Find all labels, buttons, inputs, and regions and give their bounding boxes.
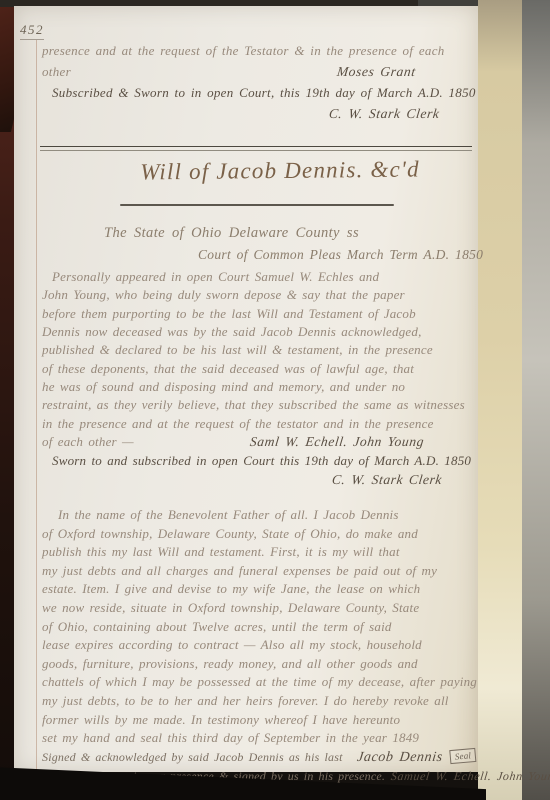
will-line: we now reside, situate in Oxford townshi…: [42, 599, 476, 618]
witness-signature: Moses Grant: [336, 61, 417, 82]
paper-sheet: 452 presence and at the request of the T…: [14, 6, 478, 772]
probate-line: Personally appeared in open Court Samuel…: [42, 268, 476, 286]
will-line: my just debts and all charges and funera…: [42, 562, 476, 581]
section-divider-rule: [40, 146, 472, 151]
witness-signatures: Saml W. Echell. John Young: [249, 433, 425, 451]
will-line: In the name of the Benevolent Father of …: [42, 506, 476, 525]
attestation-clause-line: Signed & acknowledged by said Jacob Denn…: [42, 748, 343, 767]
scanned-record-book-photo: 452 presence and at the request of the T…: [0, 0, 550, 800]
probate-testimony-block: Personally appeared in open Court Samuel…: [42, 268, 476, 489]
page-stack-edge: [478, 0, 522, 800]
probate-line: he was of sound and disposing mind and m…: [42, 378, 476, 396]
sworn-in-court-line: Sworn to and subscribed in open Court th…: [42, 452, 476, 470]
clerk-signature: C. W. Stark Clerk: [41, 471, 477, 489]
page-number: 452: [20, 22, 44, 40]
venue-heading: The State of Ohio Delaware County ss: [104, 225, 359, 242]
probate-line: John Young, who being duly sworn depose …: [42, 286, 476, 304]
will-text-block: In the name of the Benevolent Father of …: [42, 506, 476, 786]
will-line: publish this my last Will and testament.…: [42, 543, 476, 562]
probate-line: published & declared to be his last will…: [42, 341, 476, 359]
clerk-signature: C. W. Stark Clerk: [328, 103, 441, 124]
will-line: my just debts, to be to her and her heir…: [42, 692, 476, 711]
margin-rule-line: [36, 40, 37, 772]
probate-line: of these deponents, that the said deceas…: [42, 360, 476, 378]
will-line: of Oxford township, Delaware County, Sta…: [42, 525, 476, 544]
prior-attestation-block: presence and at the request of the Testa…: [42, 40, 474, 124]
will-line: lease expires according to contract — Al…: [42, 636, 476, 655]
probate-line: before them purporting to be the last Wi…: [42, 305, 476, 323]
probate-line: restraint, as they verily believe, that …: [42, 396, 476, 414]
probate-line: Dennis now deceased was by the said Jaco…: [42, 323, 476, 341]
will-line: set my hand and seal this third day of S…: [42, 729, 476, 748]
witness-signatures: Samuel W. Echell. John Young: [390, 767, 550, 786]
will-line: of Ohio, containing about Twelve acres, …: [42, 618, 476, 637]
probate-line: of each other —: [42, 433, 134, 451]
will-line: former wills by me made. In testimony wh…: [42, 711, 476, 730]
will-line: chattels of which I may be possessed at …: [42, 673, 476, 692]
prior-attestation-line: presence and at the request of the Testa…: [42, 40, 474, 61]
seal-mark: Seal: [449, 748, 476, 764]
title-underline: [120, 204, 394, 206]
prior-attestation-line: other: [42, 61, 71, 82]
court-term-heading: Court of Common Pleas March Term A.D. 18…: [198, 247, 483, 263]
will-line: goods, furniture, provisions, ready mone…: [42, 655, 476, 674]
probate-line: in the presence and at the request of th…: [42, 415, 476, 433]
testator-signature: Jacob Dennis: [356, 749, 444, 768]
will-line: estate. Item. I give and devise to my wi…: [42, 580, 476, 599]
sworn-in-court-line: Subscribed & Sworn to in open Court, thi…: [42, 82, 474, 103]
record-title: Will of Jacob Dennis. &c'd: [84, 156, 476, 186]
book-cover-right-edge: [522, 0, 550, 800]
